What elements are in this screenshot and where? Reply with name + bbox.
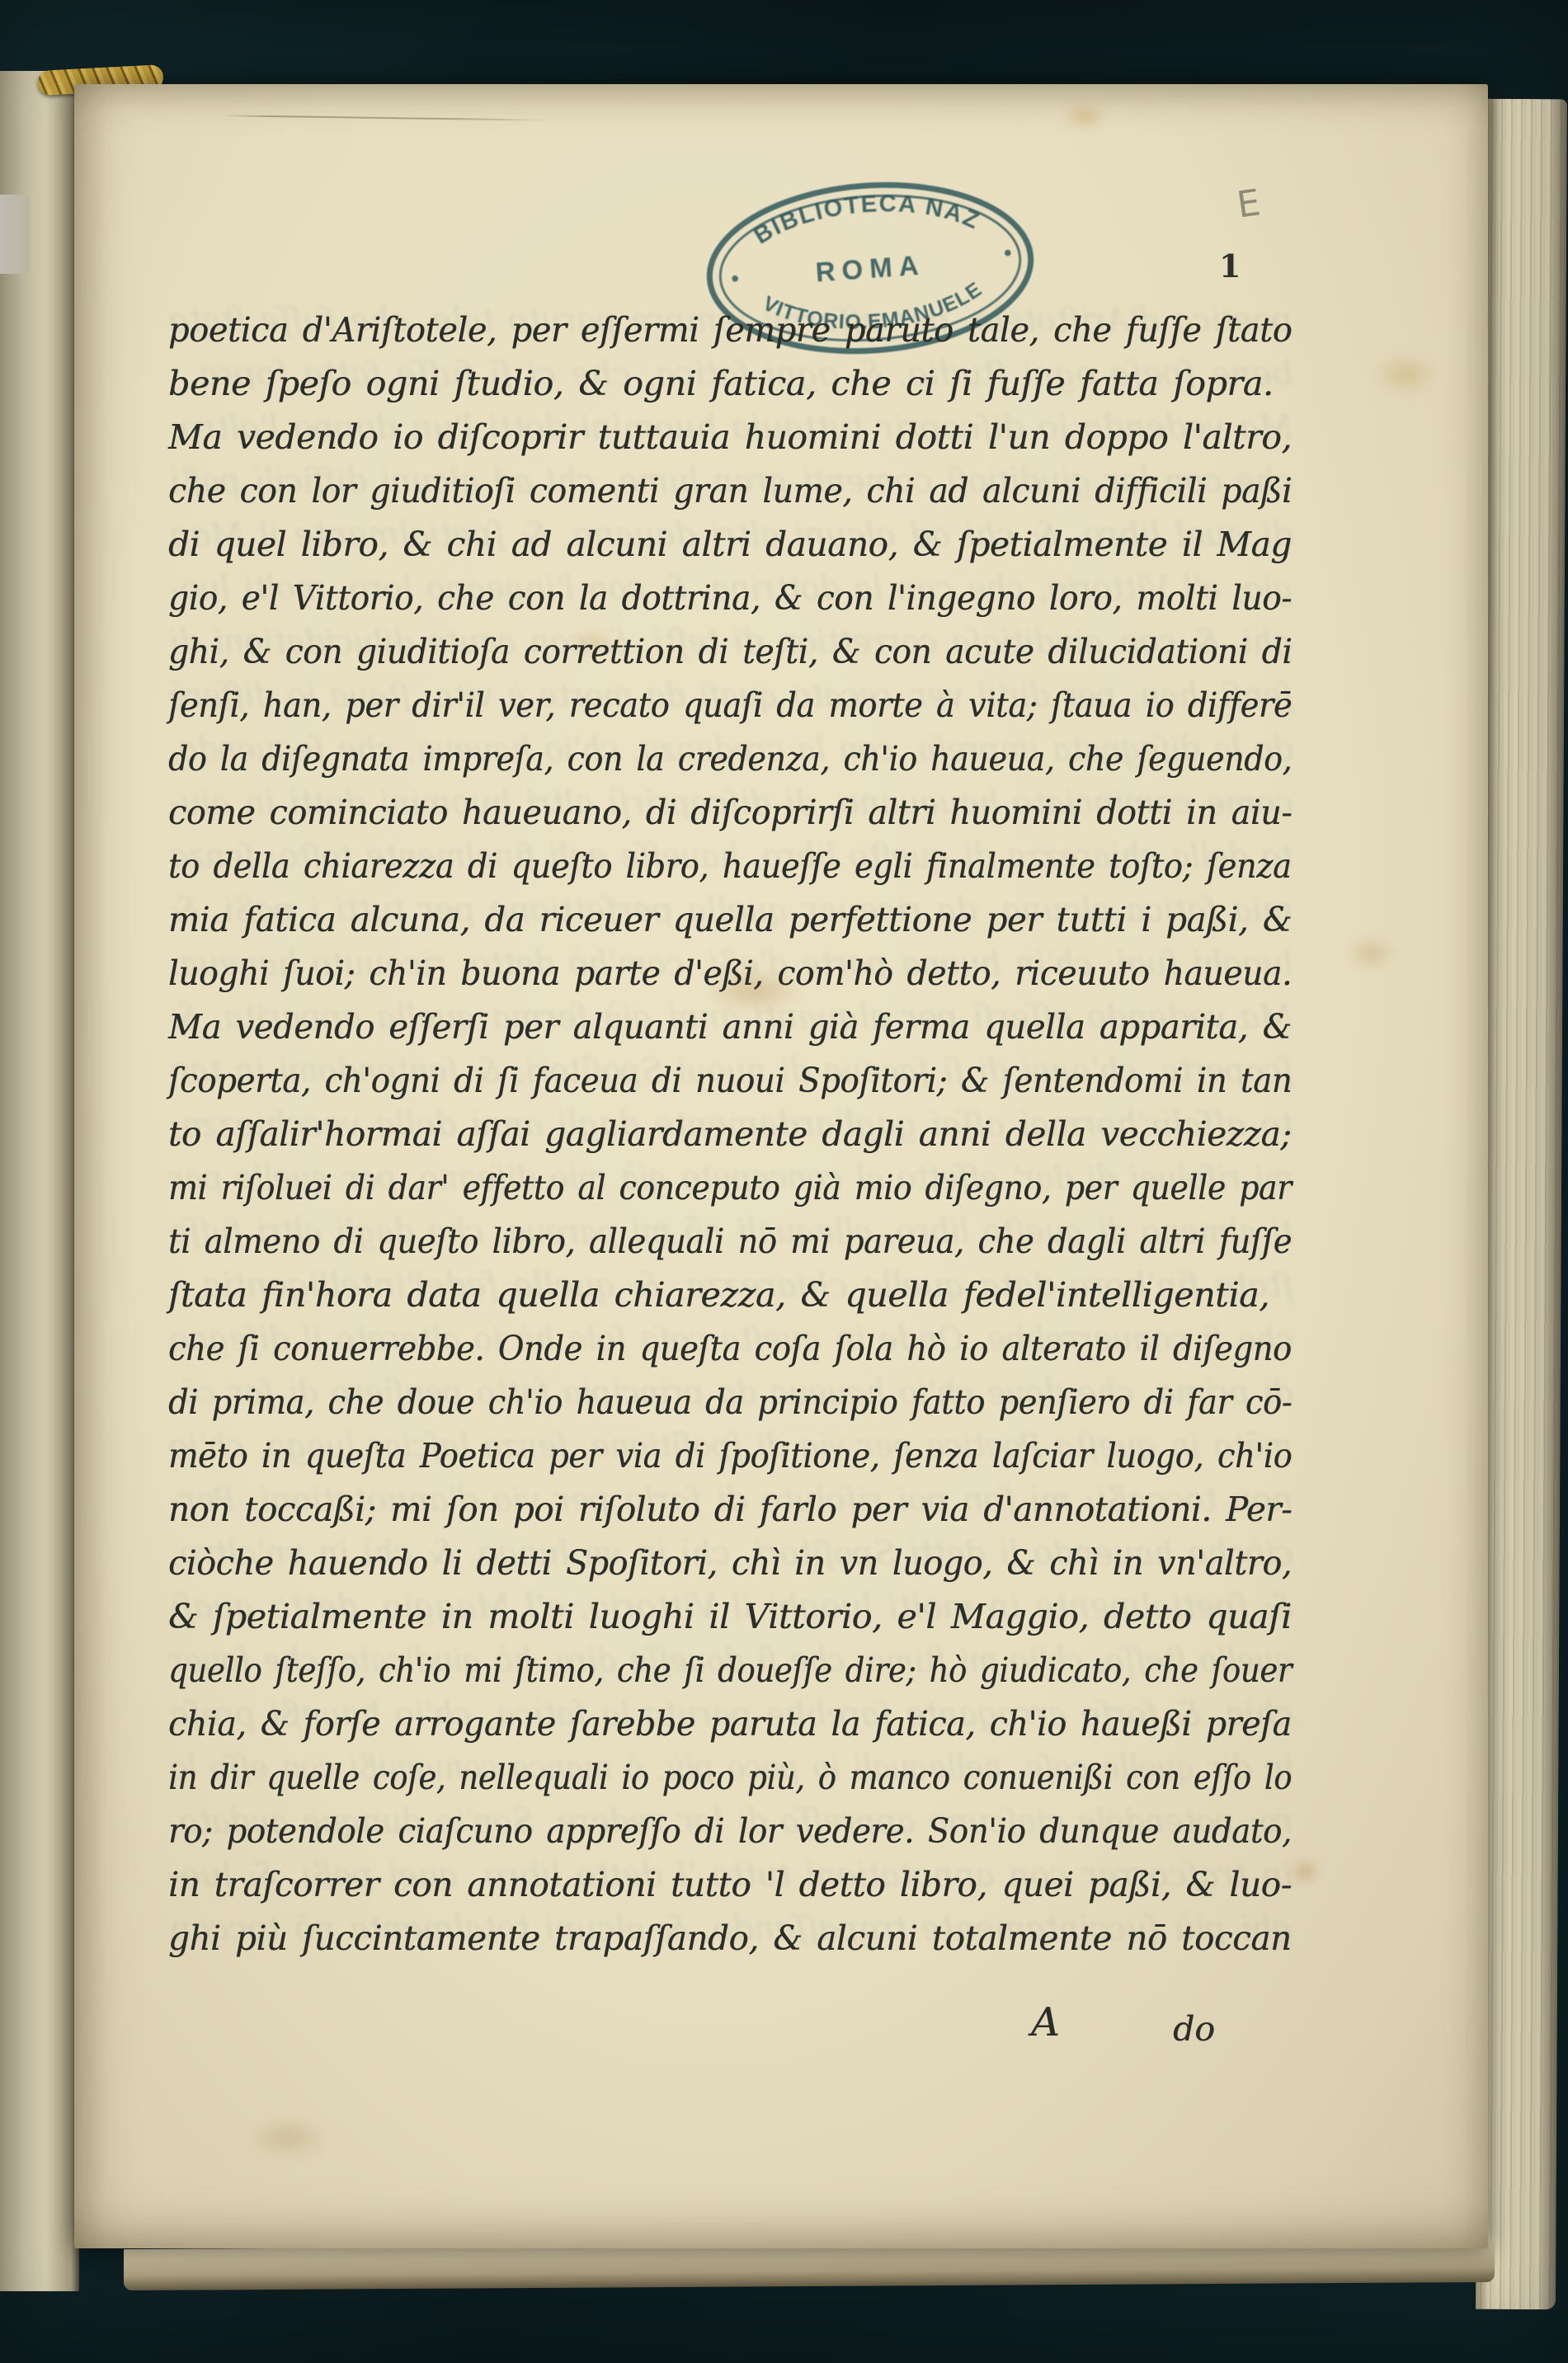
stamp-center-text: ROMA [814, 249, 925, 287]
text-line: ſenſi, han, per dir'il ver, recato quaſi… [168, 679, 1217, 732]
stamp-right-dot: • [1001, 242, 1015, 267]
text-line: che ſi conuerrebbe. Onde in queſta coſa … [168, 1322, 1219, 1376]
text-line: ciòche hauendo li detti Spoſitori, chì i… [168, 1537, 1250, 1590]
previous-page-edge [0, 71, 79, 2291]
text-line: do la diſegnata impreſa, con la credenza… [168, 732, 1205, 786]
endpaper-corner [0, 195, 30, 274]
stamp-left-dot: • [728, 267, 742, 293]
stain [1056, 97, 1114, 135]
stain [229, 2108, 346, 2168]
signature-mark: A [1031, 1999, 1060, 2045]
text-line: che con lor giuditioſi comenti gran lume… [168, 464, 1244, 518]
text-line: gio, e'l Vittorio, che con la dottrina, … [168, 572, 1234, 625]
text-line: quello ſteſſo, ch'io mi ſtimo, che ſi do… [168, 1644, 1180, 1697]
fore-edge-stack [1476, 99, 1567, 2309]
text-line: di quel libro, & chi ad alcuni altri dau… [168, 518, 1276, 572]
stain [1338, 930, 1406, 977]
page-number: 1 [1219, 247, 1241, 285]
text-line: in traſcorrer con annotationi tutto 'l d… [168, 1858, 1274, 1912]
text-line: ro; potendole ciaſcuno appreſſo di lor v… [168, 1805, 1225, 1858]
text-line: mēto in queſta Poetica per via di ſpoſit… [168, 1429, 1218, 1483]
text-line: Ma vedendo eſſerſi per alquanti anni già… [168, 1000, 1264, 1054]
text-line: di prima, che doue ch'io haueua da princ… [168, 1376, 1216, 1429]
text-line: come cominciato haueuano, di diſcoprirſi… [168, 786, 1251, 840]
text-line: Ma vedendo io diſcoprir tuttauia huomini… [168, 411, 1283, 464]
text-line: to della chiarezza di queſto libro, haue… [168, 840, 1217, 893]
text-line: ghi più ſuccintamente trapaſſando, & alc… [168, 1912, 1271, 1965]
text-line: ſtata fin'hora data quella chiarezza, & … [168, 1269, 1292, 1322]
text-line: to aſſalir'hormai aſſai gagliardamente d… [168, 1108, 1274, 1161]
text-line: ti almeno di queſto libro, allequali nō … [168, 1215, 1219, 1269]
text-line: luoghi ſuoi; ch'in buona parte d'eßi, co… [168, 947, 1241, 1000]
text-line: non toccaßi; mi ſon poi riſoluto di farl… [168, 1483, 1268, 1537]
text-line: chia, & forſe arrogante ſarebbe paruta l… [168, 1697, 1250, 1751]
stain [1359, 345, 1452, 404]
text-block: poetica d'Ariſtotele, per eſſermi ſempre… [168, 304, 1293, 1965]
text-line: mi riſoluei di dar' effetto al conceputo… [168, 1161, 1201, 1215]
text-line: ſcoperta, ch'ogni di ſi faceua di nuoui … [168, 1054, 1224, 1108]
text-line: ghi, & con giuditioſa correttion di teſt… [168, 625, 1236, 679]
text-line: bene ſpeſo ogni ſtudio, & ogni fatica, c… [168, 357, 1293, 411]
text-line: in dir quelle coſe, nellequali io poco p… [168, 1751, 1179, 1805]
text-line: & ſpetialmente in molti luoghi il Vittor… [168, 1590, 1292, 1644]
text-line: poetica d'Ariſtotele, per eſſermi ſempre… [168, 304, 1258, 357]
text-line: mia fatica alcuna, da riceuer quella per… [168, 893, 1268, 947]
catchword: do [1173, 2009, 1215, 2049]
